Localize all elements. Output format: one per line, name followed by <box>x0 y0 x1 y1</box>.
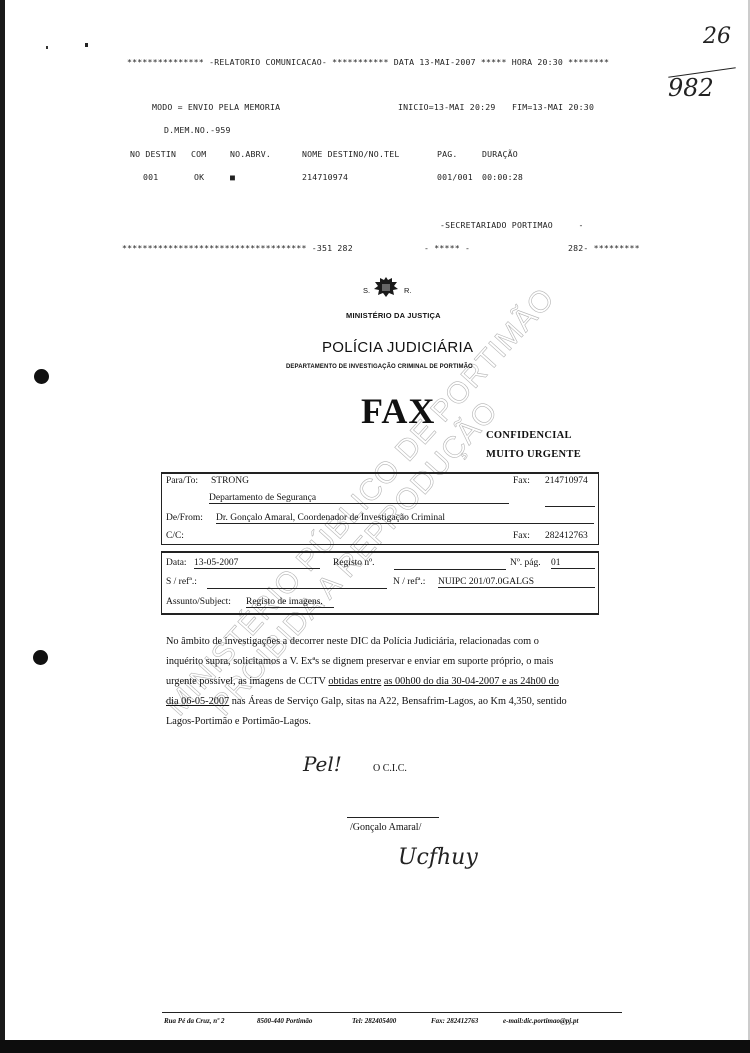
report-footer-mid: - ***** - <box>424 243 470 253</box>
footer-fax: Fax: 282412763 <box>431 1017 478 1025</box>
report-footer-left: ************************************ -35… <box>122 243 353 253</box>
cell-com: OK <box>194 172 204 182</box>
from-value: Dr. Gonçalo Amaral, Coordenador de Inves… <box>216 513 594 524</box>
cc-fax-value: 282412763 <box>545 531 588 541</box>
body-line-4: dia 06-05-2007 nas Áreas de Serviço Galp… <box>166 692 567 712</box>
handwritten-top-number: 26 <box>703 24 731 49</box>
col-com: COM <box>191 149 206 159</box>
body-line-4-underline: dia 06-05-2007 <box>166 696 229 707</box>
body-line-1: No âmbito de investigações a decorrer ne… <box>166 632 539 652</box>
to-value: STRONG <box>211 476 249 486</box>
report-mem-no: D.MEM.NO.-959 <box>164 125 231 135</box>
page-number-label: Nº. pág. <box>510 558 541 568</box>
report-start: INICIO=13-MAI 20:29 <box>398 102 495 112</box>
sref-label: S / refª.: <box>166 577 197 587</box>
col-no-destin: NO DESTIN <box>130 149 176 159</box>
report-mode: MODO = ENVIO PELA MEMORIA <box>152 102 280 112</box>
registo-value <box>394 558 506 570</box>
page-number-value: 01 <box>551 558 595 569</box>
report-footer-right: 282- ********* <box>568 243 640 253</box>
to-fax-label: Fax: <box>513 476 530 486</box>
date-value: 13-05-2007 <box>194 558 320 569</box>
registo-label: Registo nº. <box>333 558 374 568</box>
body-line-4b: nas Áreas de Serviço Galp, sitas na A22,… <box>229 696 566 707</box>
coat-of-arms-icon <box>374 277 398 297</box>
department-name: DEPARTAMENTO DE INVESTIGAÇÃO CRIMINAL DE… <box>286 364 473 370</box>
signatory-role: O C.I.C. <box>373 763 407 774</box>
cell-duration: 00:00:28 <box>482 172 523 182</box>
punch-hole-top <box>34 369 49 384</box>
flag-very-urgent: MUITO URGENTE <box>486 449 581 460</box>
footer-email: e-mail:dic.portimao@pj.pt <box>503 1017 578 1025</box>
cc-fax-label: Fax: <box>513 531 530 541</box>
footer-divider <box>162 1012 622 1013</box>
scan-bottom-band <box>0 1040 750 1053</box>
scan-speck <box>46 46 48 49</box>
to-department: Departamento de Segurança <box>209 493 509 504</box>
body-line-3-underline-1: obtidas entre <box>328 676 381 687</box>
signature-line <box>347 817 439 818</box>
to-fax-value: 214710974 <box>545 476 588 486</box>
handwritten-pel-mark: Pel! <box>303 752 342 776</box>
footer-tel: Tel: 282405400 <box>352 1017 396 1025</box>
crest-right-letter: R. <box>404 286 412 295</box>
body-line-5: Lagos-Portimão e Portimão-Lagos. <box>166 712 311 732</box>
signatory-name: /Gonçalo Amaral/ <box>350 822 421 833</box>
organization-name: POLÍCIA JUDICIÁRIA <box>322 339 473 356</box>
report-end: FIM=13-MAI 20:30 <box>512 102 594 112</box>
body-line-3: urgente possível, as imagens de CCTV obt… <box>166 672 559 692</box>
body-line-2: inquérito supra, solicitamos a V. Exªs s… <box>166 652 553 672</box>
cell-no-abrv: ■ <box>230 172 235 182</box>
col-destination: NOME DESTINO/NO.TEL <box>302 149 399 159</box>
handwritten-signature: Ucfhuy <box>398 845 478 870</box>
cc-label: C/C: <box>166 531 184 541</box>
cell-no-destin: 001 <box>143 172 158 182</box>
report-sender-id: -SECRETARIADO PORTIMAO - <box>440 220 584 230</box>
report-header-line: *************** -RELATORIO COMUNICACAO- … <box>127 57 609 67</box>
crest-left-letter: S. <box>363 286 370 295</box>
cell-destination: 214710974 <box>302 172 348 182</box>
from-label: De/From: <box>166 513 203 523</box>
subject-value: Registo de imagens. <box>246 597 334 608</box>
cell-pages: 001/001 <box>437 172 473 182</box>
sref-value <box>207 577 387 589</box>
nref-label: N / refª.: <box>393 577 425 587</box>
handwritten-page-number: 982 <box>668 74 714 102</box>
body-line-3-underline-2: as 00h00 do dia 30-04-2007 e as 24h00 do <box>384 676 559 687</box>
scan-speck <box>85 43 88 47</box>
col-no-abrv: NO.ABRV. <box>230 149 271 159</box>
date-label: Data: <box>166 558 187 568</box>
ministry-name: MINISTÉRIO DA JUSTIÇA <box>346 311 441 320</box>
footer-postal: 8500-440 Portimão <box>257 1017 312 1025</box>
col-pages: PAG. <box>437 149 458 159</box>
to-label: Para/To: <box>166 476 198 486</box>
body-line-3a: urgente possível, as imagens de CCTV <box>166 676 328 687</box>
document-title: FAX <box>361 390 435 432</box>
footer-address: Rua Pé da Cruz, nº 2 <box>164 1017 224 1025</box>
punch-hole-bottom <box>33 650 48 665</box>
flag-confidential: CONFIDENCIAL <box>486 430 572 441</box>
subject-label: Assunto/Subject: <box>166 597 231 607</box>
blank-line <box>545 506 595 507</box>
nref-value: NUIPC 201/07.0GALGS <box>438 577 595 588</box>
col-duration: DURAÇÃO <box>482 149 518 159</box>
scan-left-edge <box>0 0 5 1053</box>
